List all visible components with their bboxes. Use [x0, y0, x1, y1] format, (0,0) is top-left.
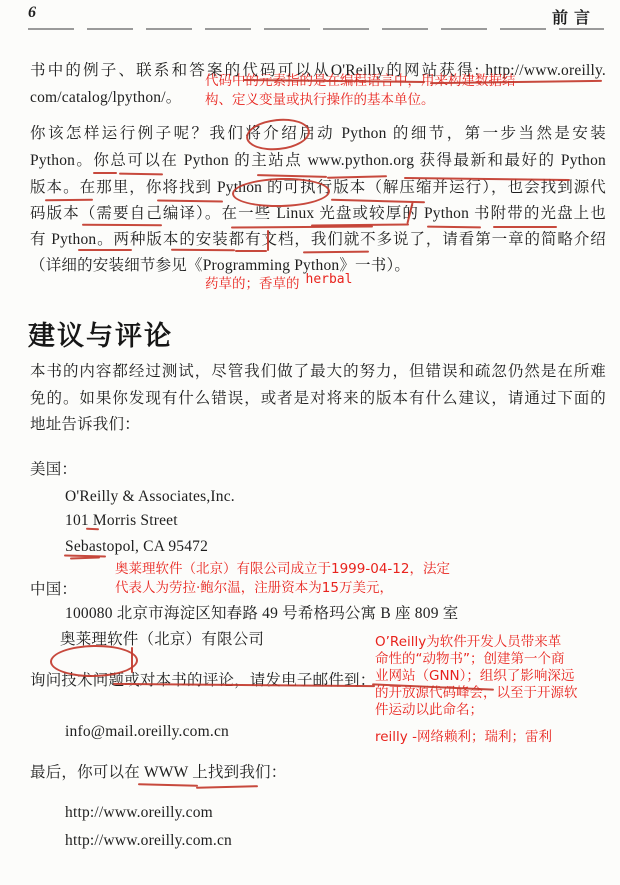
- cn-address-label: 中国：: [30, 580, 77, 600]
- red-underline-mark: [427, 226, 481, 229]
- red-overline-mark: [493, 226, 557, 228]
- section-heading: 建议与评论: [28, 314, 173, 353]
- red-annotation-reilly: reilly -网络赖利；瑞利；雷利: [375, 729, 552, 746]
- red-annotation-oreilly-line1: O’Reilly为软件开发人员带来革: [375, 634, 561, 651]
- red-underline-mark: [45, 199, 93, 201]
- red-annotation-oreilly-line2: 命性的“动物书”；创建第一个商: [375, 651, 565, 668]
- red-underline-mark: [70, 556, 100, 559]
- red-underline-mark: [93, 172, 117, 174]
- paragraph2-line4: 码版本（需要自己编译）。在一些 Linux 光盘或较厚的 Python 书附带的…: [30, 204, 606, 224]
- red-underline-mark: [78, 249, 132, 251]
- red-underline-mark: [82, 224, 162, 227]
- red-annotation-company-line1: 奥莱理软件（北京）有限公司成立于1999-04-12，法定: [115, 561, 450, 578]
- header-rule: [28, 28, 604, 30]
- herbal-english: herbal: [306, 272, 353, 287]
- red-tick-mark: [267, 230, 269, 251]
- paragraph1-line2: com/catalog/lpython/。: [30, 88, 181, 108]
- page-header-title: 前言: [552, 5, 596, 28]
- us-street: 101 Morris Street: [65, 511, 178, 531]
- red-annotation-oreilly-line3: 业网站（GNN）；组织了影响深远: [375, 668, 574, 685]
- red-underline-mark: [138, 783, 198, 787]
- red-underline-mark: [196, 785, 258, 789]
- url-oreilly-com-cn: http://www.oreilly.com.cn: [65, 831, 232, 851]
- red-underline-mark: [235, 250, 267, 252]
- us-city: Sebastopol, CA 95472: [65, 537, 208, 557]
- url-oreilly-com: http://www.oreilly.com: [65, 803, 213, 823]
- us-address-label: 美国：: [30, 460, 77, 480]
- paragraph3-line3: 地址告诉我们：: [30, 415, 140, 435]
- red-underline-mark: [119, 173, 163, 176]
- red-underline-mark: [303, 251, 369, 254]
- red-underline-mark: [157, 199, 223, 202]
- red-annotation-oreilly-line5: 件运动以此命名；: [375, 702, 483, 719]
- paragraph3-line1: 本书的内容都经过测试，尽管我们做了最大的努力，但错误和疏忽仍然是在所难: [30, 362, 606, 382]
- paragraph2-line1: 你该怎样运行例子呢？我们将介绍启动 Python 的细节，第一步当然是安装: [30, 124, 606, 144]
- paragraph2-line2: Python。你总可以在 Python 的主站点 www.python.org …: [30, 151, 606, 171]
- red-circle-mark: [245, 116, 312, 154]
- paragraph2-line5: 有 Python。两种版本的安装都有文档，我们就不多说了，请看第一章的简略介绍: [30, 230, 606, 250]
- page-number: 6: [28, 4, 36, 22]
- us-company: O'Reilly & Associates,Inc.: [65, 487, 235, 507]
- red-note-herbal: 药草的；香草的herbal: [205, 276, 352, 293]
- paragraph2-line6: （详细的安装细节参见《Programming Python》一书）。: [30, 256, 410, 276]
- red-underline-mark: [86, 528, 99, 530]
- contact-email: info@mail.oreilly.com.cn: [65, 722, 229, 742]
- red-underline-mark: [171, 249, 235, 252]
- paragraph3-line2: 免的。如果你发现有什么错误，或者是对将来的版本有什么建议，请通过下面的: [30, 389, 606, 409]
- cn-street-address: 100080 北京市海淀区知春路 49 号希格玛公寓 B 座 809 室: [65, 604, 458, 624]
- red-tick-mark: [131, 647, 133, 673]
- www-line: 最后，你可以在 WWW 上找到我们：: [30, 763, 286, 783]
- herbal-chinese: 药草的；香草的: [205, 276, 300, 292]
- red-overline-mark: [231, 226, 373, 229]
- red-annotation-code-element-line2: 构、定义变量或执行操作的基本单位。: [205, 92, 435, 109]
- red-annotation-company-line2: 代表人为劳拉·鲍尔温，注册资本为15万美元，: [115, 580, 393, 597]
